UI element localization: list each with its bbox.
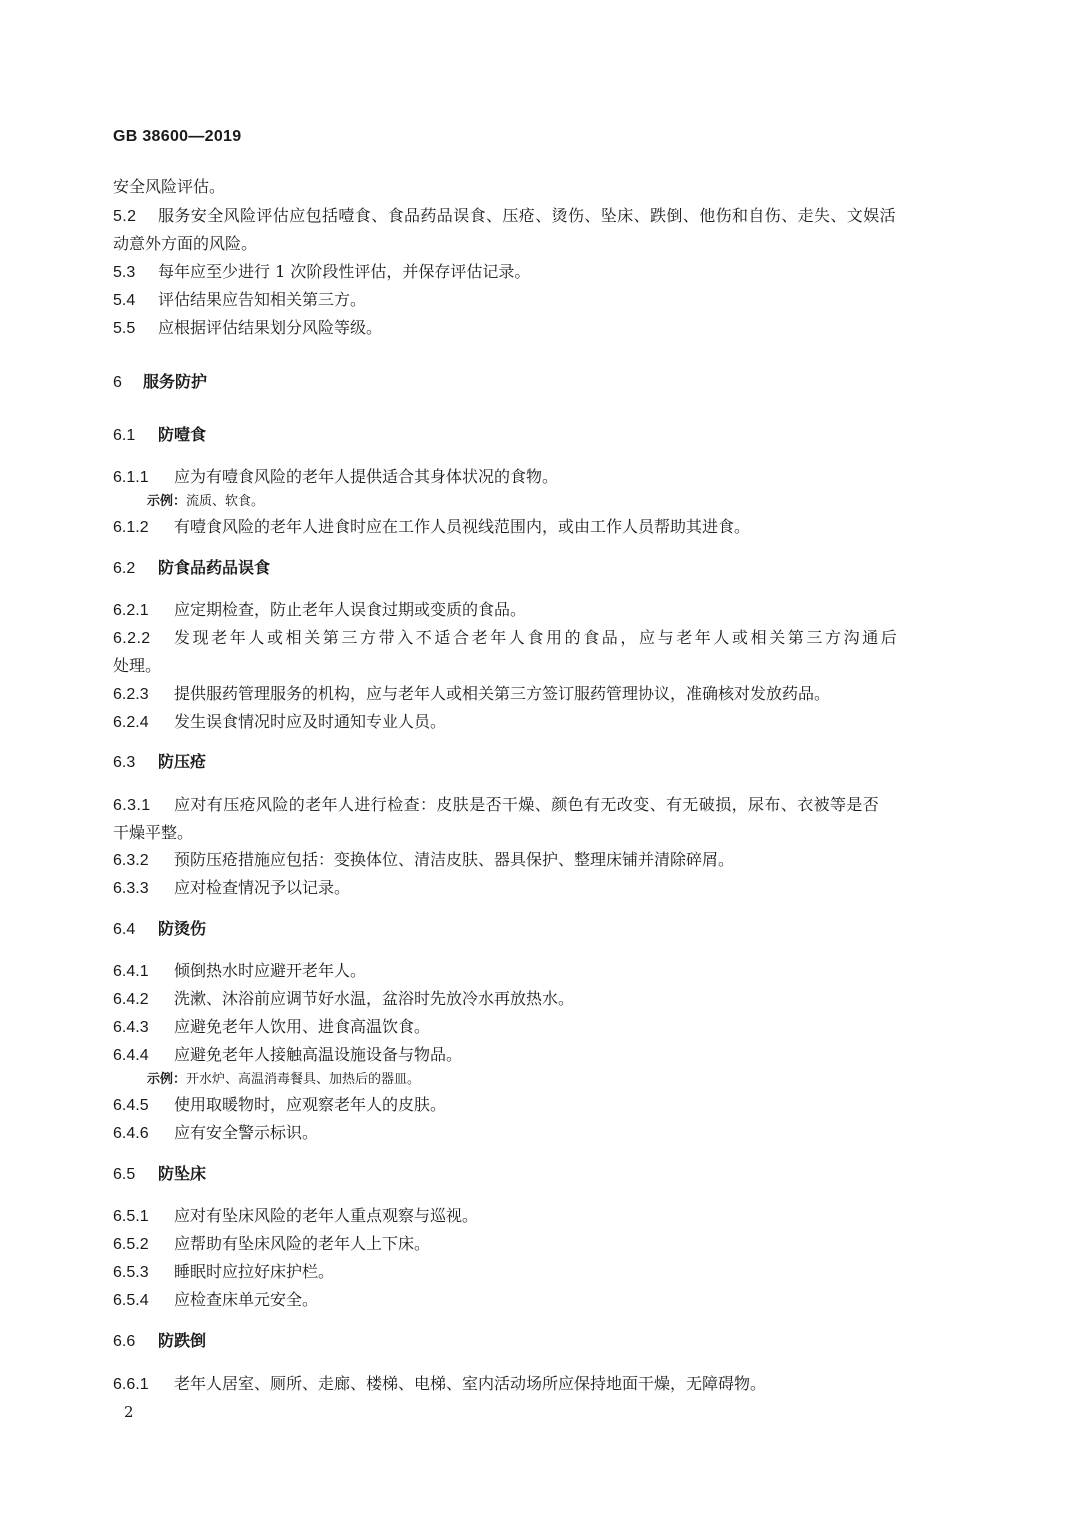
clause-6-6-1: 6.6.1老年人居室、厕所、走廊、楼梯、电梯、室内活动场所应保持地面干燥，无障碍… (113, 1374, 766, 1395)
section-number: 6.4 (113, 920, 158, 940)
clause-text: 有噎食风险的老年人进食时应在工作人员视线范围内，或由工作人员帮助其进食。 (174, 517, 750, 536)
clause-number: 6.3.1 (113, 796, 174, 816)
example-6-4-4: 示例：开水炉、高温消毒餐具、加热后的器皿。 (147, 1072, 420, 1088)
example-text: 开水炉、高温消毒餐具、加热后的器皿。 (186, 1072, 420, 1087)
section-6-4-heading: 6.4防烫伤 (113, 919, 206, 940)
section-6-6-heading: 6.6防跌倒 (113, 1331, 206, 1352)
example-text: 流质、软食。 (186, 494, 264, 509)
section-title: 防压疮 (158, 752, 206, 771)
clause-number: 6.1.1 (113, 468, 174, 488)
section-6-1-heading: 6.1防噎食 (113, 425, 206, 446)
clause-6-4-2: 6.4.2洗漱、沐浴前应调节好水温，盆浴时先放冷水再放热水。 (113, 989, 574, 1010)
clause-number: 6.6.1 (113, 1375, 174, 1395)
clause-text: 使用取暖物时，应观察老年人的皮肤。 (174, 1095, 446, 1114)
clause-text: 老年人居室、厕所、走廊、楼梯、电梯、室内活动场所应保持地面干燥，无障碍物。 (174, 1374, 766, 1393)
clause-text: 应有安全警示标识。 (174, 1123, 318, 1142)
section-number: 6 (113, 373, 143, 393)
paragraph-continuation: 安全风险评估。 (113, 177, 225, 197)
clause-6-4-1: 6.4.1倾倒热水时应避开老年人。 (113, 961, 366, 982)
clause-6-3-2: 6.3.2预防压疮措施应包括：变换体位、清洁皮肤、器具保护、整理床铺并清除碎屑。 (113, 850, 734, 871)
example-6-1-1: 示例：流质、软食。 (147, 494, 264, 510)
clause-number: 5.2 (113, 207, 158, 227)
clause-number: 6.3.3 (113, 879, 174, 899)
section-number: 6.6 (113, 1332, 158, 1352)
clause-6-3-3: 6.3.3应对检查情况予以记录。 (113, 878, 350, 899)
page-number: 2 (124, 1403, 134, 1421)
clause-number: 5.4 (113, 291, 158, 311)
clause-number: 6.2.1 (113, 601, 174, 621)
document-page: GB 38600—2019 安全风险评估。 5.2服务安全风险评估应包括噎食、食… (0, 0, 1074, 1520)
section-6-heading: 6服务防护 (113, 372, 207, 393)
clause-6-5-2: 6.5.2应帮助有坠床风险的老年人上下床。 (113, 1234, 430, 1255)
clause-6-4-5: 6.4.5使用取暖物时，应观察老年人的皮肤。 (113, 1095, 446, 1116)
clause-number: 6.4.5 (113, 1096, 174, 1116)
clause-number: 6.3.2 (113, 851, 174, 871)
clause-text: 预防压疮措施应包括：变换体位、清洁皮肤、器具保护、整理床铺并清除碎屑。 (174, 850, 734, 869)
section-number: 6.5 (113, 1165, 158, 1185)
clause-6-1-1: 6.1.1应为有噎食风险的老年人提供适合其身体状况的食物。 (113, 467, 558, 488)
section-number: 6.1 (113, 426, 158, 446)
example-label: 示例： (147, 1072, 186, 1087)
clause-6-2-2-continuation: 处理。 (113, 656, 161, 676)
section-6-5-heading: 6.5防坠床 (113, 1164, 206, 1185)
clause-number: 6.4.3 (113, 1018, 174, 1038)
clause-6-5-1: 6.5.1应对有坠床风险的老年人重点观察与巡视。 (113, 1206, 478, 1227)
section-title: 防噎食 (158, 425, 206, 444)
clause-text: 应避免老年人接触高温设施设备与物品。 (174, 1045, 462, 1064)
clause-6-2-3: 6.2.3提供服药管理服务的机构，应与老年人或相关第三方签订服药管理协议，准确核… (113, 684, 830, 705)
clause-text: 每年应至少进行 1 次阶段性评估，并保存评估记录。 (158, 262, 530, 281)
clause-6-5-4: 6.5.4应检查床单元安全。 (113, 1290, 318, 1311)
clause-number: 6.4.6 (113, 1124, 174, 1144)
clause-6-4-4: 6.4.4应避免老年人接触高温设施设备与物品。 (113, 1045, 462, 1066)
clause-6-5-3: 6.5.3睡眠时应拉好床护栏。 (113, 1262, 334, 1283)
clause-text: 应对有压疮风险的老年人进行检查：皮肤是否干燥、颜色有无改变、有无破损，尿布、衣被… (174, 795, 879, 814)
standard-code-header: GB 38600—2019 (113, 128, 241, 146)
clause-text: 应帮助有坠床风险的老年人上下床。 (174, 1234, 430, 1253)
clause-number: 6.5.3 (113, 1263, 174, 1283)
clause-text: 应避免老年人饮用、进食高温饮食。 (174, 1017, 430, 1036)
clause-text: 服务安全风险评估应包括噎食、食品药品误食、压疮、烫伤、坠床、跌倒、他伤和自伤、走… (158, 206, 896, 225)
section-title: 防食品药品误食 (158, 558, 270, 577)
clause-6-3-1-continuation: 干燥平整。 (113, 823, 193, 843)
clause-number: 6.2.4 (113, 713, 174, 733)
clause-number: 5.5 (113, 319, 158, 339)
clause-number: 6.5.2 (113, 1235, 174, 1255)
section-title: 服务防护 (143, 372, 207, 391)
clause-number: 6.2.2 (113, 629, 174, 649)
section-number: 6.3 (113, 753, 158, 773)
clause-5-2-continuation: 动意外方面的风险。 (113, 234, 257, 254)
clause-text: 评估结果应告知相关第三方。 (158, 290, 366, 309)
clause-text: 应根据评估结果划分风险等级。 (158, 318, 382, 337)
clause-text: 洗漱、沐浴前应调节好水温，盆浴时先放冷水再放热水。 (174, 989, 574, 1008)
section-6-3-heading: 6.3防压疮 (113, 752, 206, 773)
example-label: 示例： (147, 494, 186, 509)
clause-text: 应为有噎食风险的老年人提供适合其身体状况的食物。 (174, 467, 558, 486)
section-title: 防烫伤 (158, 919, 206, 938)
clause-text: 倾倒热水时应避开老年人。 (174, 961, 366, 980)
clause-5-3: 5.3每年应至少进行 1 次阶段性评估，并保存评估记录。 (113, 262, 530, 283)
clause-6-2-1: 6.2.1应定期检查，防止老年人误食过期或变质的食品。 (113, 600, 526, 621)
section-title: 防坠床 (158, 1164, 206, 1183)
clause-text: 睡眠时应拉好床护栏。 (174, 1262, 334, 1281)
clause-number: 6.1.2 (113, 518, 174, 538)
section-title: 防跌倒 (158, 1331, 206, 1350)
clause-6-2-4: 6.2.4发生误食情况时应及时通知专业人员。 (113, 712, 446, 733)
clause-6-2-2: 6.2.2发现老年人或相关第三方带入不适合老年人食用的食品，应与老年人或相关第三… (113, 628, 899, 649)
clause-6-4-6: 6.4.6应有安全警示标识。 (113, 1123, 318, 1144)
clause-5-4: 5.4评估结果应告知相关第三方。 (113, 290, 366, 311)
clause-5-5: 5.5应根据评估结果划分风险等级。 (113, 318, 382, 339)
clause-6-1-2: 6.1.2有噎食风险的老年人进食时应在工作人员视线范围内，或由工作人员帮助其进食… (113, 517, 750, 538)
clause-text: 应检查床单元安全。 (174, 1290, 318, 1309)
clause-text: 提供服药管理服务的机构，应与老年人或相关第三方签订服药管理协议，准确核对发放药品… (174, 684, 830, 703)
clause-number: 6.4.4 (113, 1046, 174, 1066)
clause-6-4-3: 6.4.3应避免老年人饮用、进食高温饮食。 (113, 1017, 430, 1038)
section-number: 6.2 (113, 559, 158, 579)
clause-5-2: 5.2服务安全风险评估应包括噎食、食品药品误食、压疮、烫伤、坠床、跌倒、他伤和自… (113, 206, 896, 227)
clause-text: 应定期检查，防止老年人误食过期或变质的食品。 (174, 600, 526, 619)
clause-number: 5.3 (113, 263, 158, 283)
clause-number: 6.4.1 (113, 962, 174, 982)
clause-number: 6.2.3 (113, 685, 174, 705)
clause-text: 发生误食情况时应及时通知专业人员。 (174, 712, 446, 731)
clause-number: 6.5.4 (113, 1291, 174, 1311)
clause-text: 应对有坠床风险的老年人重点观察与巡视。 (174, 1206, 478, 1225)
clause-number: 6.4.2 (113, 990, 174, 1010)
clause-text: 应对检查情况予以记录。 (174, 878, 350, 897)
clause-text: 发现老年人或相关第三方带入不适合老年人食用的食品，应与老年人或相关第三方沟通后 (174, 628, 899, 647)
clause-6-3-1: 6.3.1应对有压疮风险的老年人进行检查：皮肤是否干燥、颜色有无改变、有无破损，… (113, 795, 879, 816)
clause-number: 6.5.1 (113, 1207, 174, 1227)
section-6-2-heading: 6.2防食品药品误食 (113, 558, 270, 579)
